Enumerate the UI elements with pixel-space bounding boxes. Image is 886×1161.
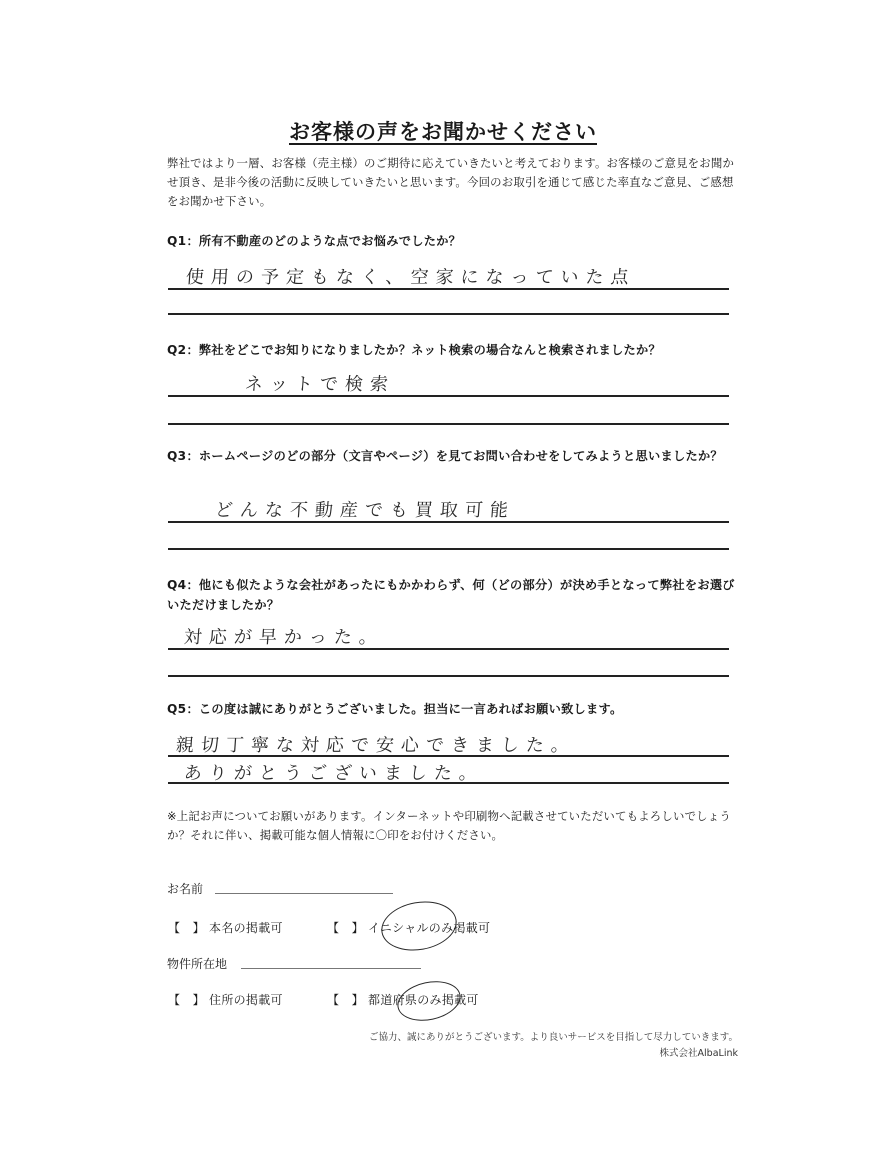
handwritten-circle-mark-initials [377, 896, 460, 956]
question-3-answer-line-1: どんな不動産でも買取可能 [214, 496, 516, 522]
option-prefecture-only-bracket[interactable]: 【 】 [327, 993, 364, 1007]
question-2-label: Q2：弊社をどこでお知りになりましたか？ネット検索の場合なんと検索されましたか？ [167, 340, 737, 360]
property-location-field[interactable] [241, 968, 421, 969]
question-1-label: Q1：所有不動産のどのような点でお悩みでしたか？ [167, 231, 737, 251]
company-name: 株式会社AlbaLink [530, 1045, 738, 1059]
option-initials-only-bracket[interactable]: 【 】 [327, 921, 364, 935]
option-full-address-label: 住所の掲載可 [209, 993, 283, 1007]
question-5-answer-line-1: 親切丁寧な対応で安心できました。 [175, 731, 577, 757]
intro-paragraph: 弊社ではより一層、お客様（売主様）のご期待に応えていきたいと考えております。お客… [167, 154, 737, 211]
question-4-label: Q4：他にも似たような会社があったにもかかわらず、何（どの部分）が決め手となって… [167, 575, 737, 615]
name-field[interactable] [215, 893, 393, 894]
footer-message: ご協力、誠にありがとうございます。より良いサービスを目指して尽力していきます。 [330, 1029, 738, 1043]
option-real-name[interactable]: 【 】 本名の掲載可 [168, 919, 283, 936]
question-5-rule-2 [168, 782, 729, 784]
question-1-answer-line-1: 使用の予定もなく、空家になっていた点 [185, 263, 636, 289]
form-title: お客様の声をお聞かせください [0, 116, 886, 146]
option-real-name-bracket[interactable]: 【 】 [168, 921, 205, 935]
question-1-rule-1 [168, 288, 729, 290]
option-full-address-bracket[interactable]: 【 】 [168, 993, 205, 1007]
question-4-rule-2 [168, 675, 729, 677]
question-5-rule-1 [168, 755, 729, 757]
option-full-address[interactable]: 【 】 住所の掲載可 [168, 991, 283, 1008]
question-1-rule-2 [168, 313, 729, 315]
question-4-rule-1 [168, 648, 729, 650]
question-3-label: Q3：ホームページのどの部分（文言やページ）を見てお問い合わせをしてみようと思い… [167, 446, 737, 466]
option-real-name-label: 本名の掲載可 [209, 921, 283, 935]
question-2-rule-2 [168, 423, 729, 425]
question-5-label: Q5：この度は誠にありがとうございました。担当に一言あればお願い致します。 [167, 699, 737, 719]
property-location-label: 物件所在地 [167, 955, 227, 972]
handwritten-circle-mark-prefecture [394, 976, 465, 1026]
question-2-rule-1 [168, 395, 729, 397]
name-label: お名前 [167, 880, 203, 897]
question-2-answer-line-1: ネットで検索 [244, 370, 396, 396]
question-3-rule-2 [168, 548, 729, 550]
form-title-text: お客様の声をお聞かせください [289, 120, 597, 144]
consent-note: ※上記お声についてお願いがあります。インターネットや印刷物へ記載させていただいて… [167, 807, 737, 845]
question-4-answer-line-1: 対応が早かった。 [183, 623, 385, 649]
question-3-rule-1 [168, 521, 729, 523]
